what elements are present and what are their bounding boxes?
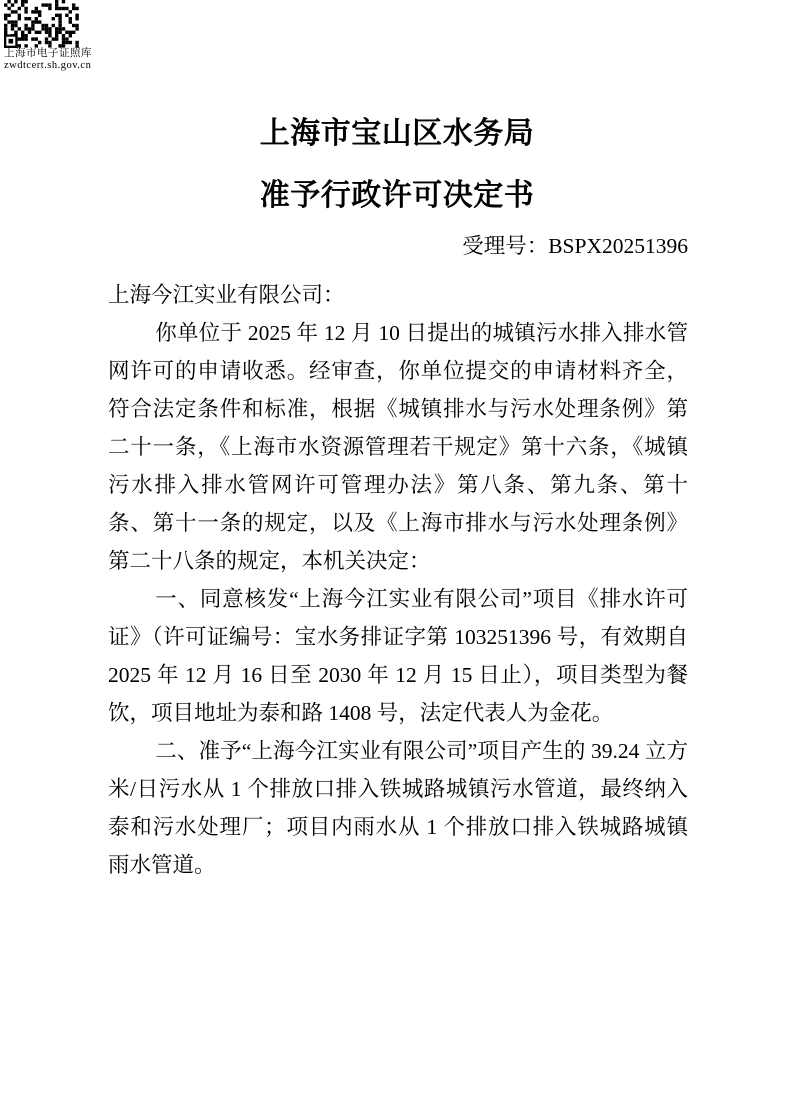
paragraph-intro: 你单位于 2025 年 12 月 10 日提出的城镇污水排入排水管网许可的申请收… <box>108 314 688 580</box>
salutation: 上海今江实业有限公司： <box>108 276 688 314</box>
qr-code-icon <box>4 0 79 48</box>
document-subtitle: 准予行政许可决定书 <box>0 177 794 215</box>
document-body: 上海今江实业有限公司： 你单位于 2025 年 12 月 10 日提出的城镇污水… <box>108 276 688 884</box>
qr-label-line2: zwdtcert.sh.gov.cn <box>4 60 164 72</box>
paragraph-decision-2: 二、准予“上海今江实业有限公司”项目产生的 39.24 立方米/日污水从 1 个… <box>108 732 688 884</box>
case-number: 受理号：BSPX20251396 <box>108 231 688 261</box>
document-page: 上海市电子证照库 zwdtcert.sh.gov.cn 上海市宝山区水务局 准予… <box>0 0 794 1093</box>
paragraph-decision-1: 一、同意核发“上海今江实业有限公司”项目《排水许可证》（许可证编号：宝水务排证字… <box>108 580 688 732</box>
document-title: 上海市宝山区水务局 <box>0 115 794 153</box>
qr-label-line1: 上海市电子证照库 <box>4 48 164 60</box>
qr-block: 上海市电子证照库 zwdtcert.sh.gov.cn <box>4 0 164 71</box>
